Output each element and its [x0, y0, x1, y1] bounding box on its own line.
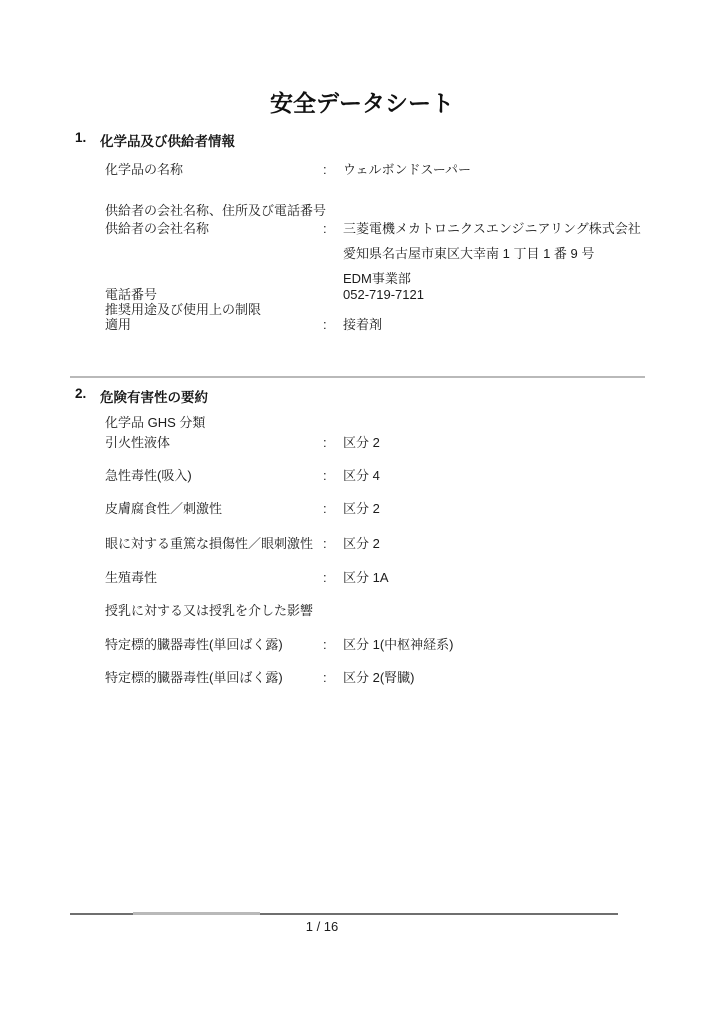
field-value: 区分 2(腎臓)	[343, 670, 415, 686]
colon-separator: :	[323, 570, 327, 586]
section-1-heading: 1. 化学品及び供給者情報	[0, 130, 724, 148]
field-row-supplier-group-heading: 供給者の会社名称、住所及び電話番号	[0, 203, 724, 220]
field-row-chemical-name: 化学品の名称 : ウェルボンドスーパー	[0, 162, 724, 179]
field-row-supplier-address: 愛知県名古屋市東区大幸南 1 丁目 1 番 9 号	[0, 246, 724, 263]
field-row-reproductive-toxicity: 生殖毒性 : 区分 1A	[0, 570, 724, 587]
field-label: 授乳に対する又は授乳を介した影響	[105, 603, 313, 619]
field-value: 区分 2	[343, 536, 380, 552]
field-label: 推奨用途及び使用上の制限	[105, 302, 261, 318]
field-label: 皮膚腐食性／刺激性	[105, 501, 222, 517]
footer-rule-light-segment	[133, 912, 260, 915]
field-label: 電話番号	[105, 287, 157, 303]
page-number: 1 / 16	[0, 919, 644, 934]
colon-separator: :	[323, 317, 327, 333]
section-1-number: 1.	[75, 130, 86, 145]
field-row-acute-toxicity: 急性毒性(吸入) : 区分 4	[0, 468, 724, 485]
field-row-flammable-liquid: 引火性液体 : 区分 2	[0, 435, 724, 452]
field-label: 引火性液体	[105, 435, 170, 451]
field-value: 区分 1A	[343, 570, 389, 586]
section-2-number: 2.	[75, 386, 86, 401]
colon-separator: :	[323, 670, 327, 686]
field-row-stot-single-2: 特定標的臓器毒性(単回ばく露) : 区分 2(腎臓)	[0, 670, 724, 687]
field-value: 三菱電機メカトロニクスエンジニアリング株式会社	[343, 221, 641, 237]
field-row-stot-single-1: 特定標的臓器毒性(単回ばく露) : 区分 1(中枢神経系)	[0, 637, 724, 654]
field-value: 区分 1(中枢神経系)	[343, 637, 454, 653]
colon-separator: :	[323, 536, 327, 552]
field-value: ウェルボンドスーパー	[343, 162, 471, 178]
field-row-eye-damage: 眼に対する重篤な損傷性／眼刺激性 : 区分 2	[0, 536, 724, 553]
field-value: 区分 4	[343, 468, 380, 484]
field-row-supplier-division: EDM事業部	[0, 271, 724, 288]
colon-separator: :	[323, 435, 327, 451]
field-row-ghs-classification-heading: 化学品 GHS 分類	[0, 415, 724, 432]
field-value: EDM事業部	[343, 271, 411, 287]
field-row-lactation-effects: 授乳に対する又は授乳を介した影響	[0, 603, 724, 620]
colon-separator: :	[323, 221, 327, 237]
section-2-title: 危険有害性の要約	[100, 386, 208, 406]
field-value: 区分 2	[343, 501, 380, 517]
sds-document-page: 安全データシート 1. 化学品及び供給者情報 化学品の名称 : ウェルボンドスー…	[0, 0, 724, 1024]
field-value: 愛知県名古屋市東区大幸南 1 丁目 1 番 9 号	[343, 246, 594, 262]
field-label: 化学品 GHS 分類	[105, 415, 205, 431]
field-label: 急性毒性(吸入)	[105, 468, 192, 484]
document-title: 安全データシート	[0, 85, 724, 118]
field-label: 生殖毒性	[105, 570, 157, 586]
colon-separator: :	[323, 468, 327, 484]
field-value: 区分 2	[343, 435, 380, 451]
field-label: 眼に対する重篤な損傷性／眼刺激性	[105, 536, 313, 552]
colon-separator: :	[323, 162, 327, 178]
section-2-heading: 2. 危険有害性の要約	[0, 386, 724, 404]
field-label: 適用	[105, 317, 131, 333]
field-label: 特定標的臓器毒性(単回ばく露)	[105, 637, 283, 653]
colon-separator: :	[323, 637, 327, 653]
field-value: 接着剤	[343, 317, 382, 333]
field-label: 供給者の会社名称	[105, 221, 209, 237]
field-row-supplier-name: 供給者の会社名称 : 三菱電機メカトロニクスエンジニアリング株式会社	[0, 221, 724, 238]
section-separator-line	[70, 376, 645, 378]
field-label: 化学品の名称	[105, 162, 183, 178]
field-value: 052-719-7121	[343, 287, 424, 303]
field-label: 供給者の会社名称、住所及び電話番号	[105, 203, 326, 219]
field-row-skin-corrosion: 皮膚腐食性／刺激性 : 区分 2	[0, 501, 724, 518]
section-1-title: 化学品及び供給者情報	[100, 130, 235, 150]
field-row-application: 適用 : 接着剤	[0, 317, 724, 334]
field-label: 特定標的臓器毒性(単回ばく露)	[105, 670, 283, 686]
colon-separator: :	[323, 501, 327, 517]
